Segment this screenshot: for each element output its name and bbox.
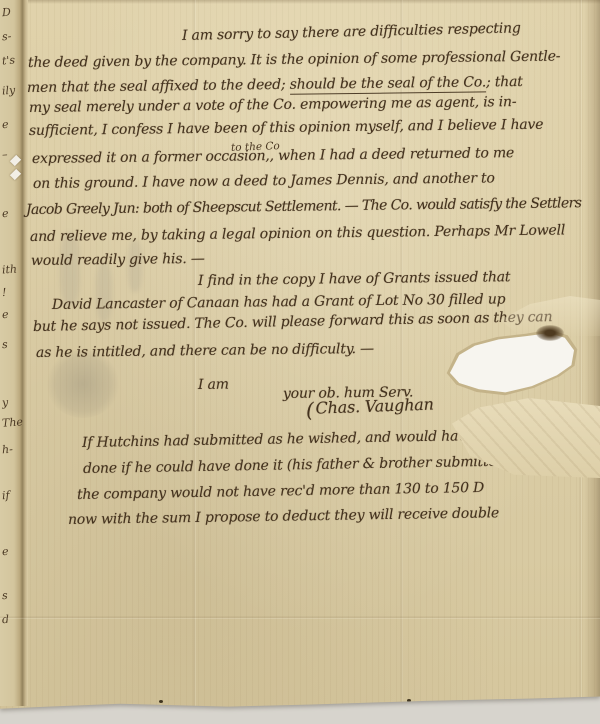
gutter-fragment: s- [2,30,12,44]
gutter-fragment: y [2,396,9,409]
horizontal-crease [0,616,600,619]
postscript-line: done if he could have done it (his fathe… [83,454,511,477]
vertical-crease [579,0,582,706]
gutter-fragment: e [2,545,9,558]
paper-top-edge [0,0,600,4]
gutter-fragment: ith [2,262,18,276]
signature: (Chas. Vaughan [306,394,435,422]
letter-line: the deed given by the company. It is the… [28,48,560,71]
letter-scan: { "palette": { "background": "#d7d4cd", … [0,0,600,724]
fold-pinhole [10,155,21,166]
gutter-fragment: s [2,338,9,351]
paper: D s- t's ily e – e ith ! e s y The h- if… [0,0,600,724]
gutter-fragment: t's [2,54,16,68]
show-through-smudge [96,262,112,322]
letter-line: expressed it on a former occasion,, when… [32,145,514,167]
postscript-line: now with the sum I propose to deduct the… [68,505,499,528]
gutter-fragment: ! [2,286,7,299]
closing-i-am: I am [198,377,229,393]
letter-line: and relieve me, by taking a legal opinio… [30,222,565,245]
gutter-fragment: e [2,308,9,321]
letter-line: I am sorry to say there are difficulties… [182,20,521,44]
gutter-fragment: The [2,415,24,429]
gutter-fragment: e [2,207,9,220]
signature-flourish: ( [306,398,314,422]
gutter-fragment: ily [2,84,16,98]
gutter-fragment: s [2,589,9,602]
postscript-line: If Hutchins had submitted as he wished, … [82,428,474,451]
gutter-fragment: if [2,489,10,502]
letter-line: but he says not issued. The Co. will ple… [33,309,553,335]
speck [407,699,411,702]
letter-line: Jacob Greely Jun: both of Sheepscut Sett… [26,195,581,218]
gutter-fold: D s- t's ily e – e ith ! e s y The h- if… [0,0,28,706]
line-segment: ; that [486,74,523,90]
letter-line: my seal merely under a vote of the Co. e… [29,94,517,116]
letter-line: as he is intitled, and there can be no d… [36,341,374,361]
tear-hole [446,330,578,408]
underlined-phrase: should be the seal of the Co. [290,74,487,94]
letter-line: David Lancaster of Canaan has had a Gran… [52,291,506,313]
dark-stain-spot [536,325,564,341]
fold-pinhole [10,169,21,180]
signature-name: Chas. Vaughan [315,395,434,418]
letter-line: sufficient, I confess I have been of thi… [29,117,544,139]
gutter-fragment: D [2,6,12,20]
line-segment: men that the seal affixed to the deed; [27,77,290,96]
letter-line: I find in the copy I have of Grants issu… [198,269,510,289]
letter-line: would readily give his. — [31,251,205,269]
gutter-fragment: – [2,148,8,161]
gutter-fragment: d [2,613,10,626]
letter-line: on this ground. I have now a deed to Jam… [33,170,495,192]
letter-line: men that the seal affixed to the deed; s… [27,74,523,96]
paper-right-edge [584,0,600,706]
gutter-fragment: h- [2,443,14,457]
paper-wrap: D s- t's ily e – e ith ! e s y The h- if… [0,0,600,724]
gutter-fragment: e [2,118,9,131]
postscript-line: the company would not have rec'd more th… [77,480,484,503]
speck [159,700,163,703]
